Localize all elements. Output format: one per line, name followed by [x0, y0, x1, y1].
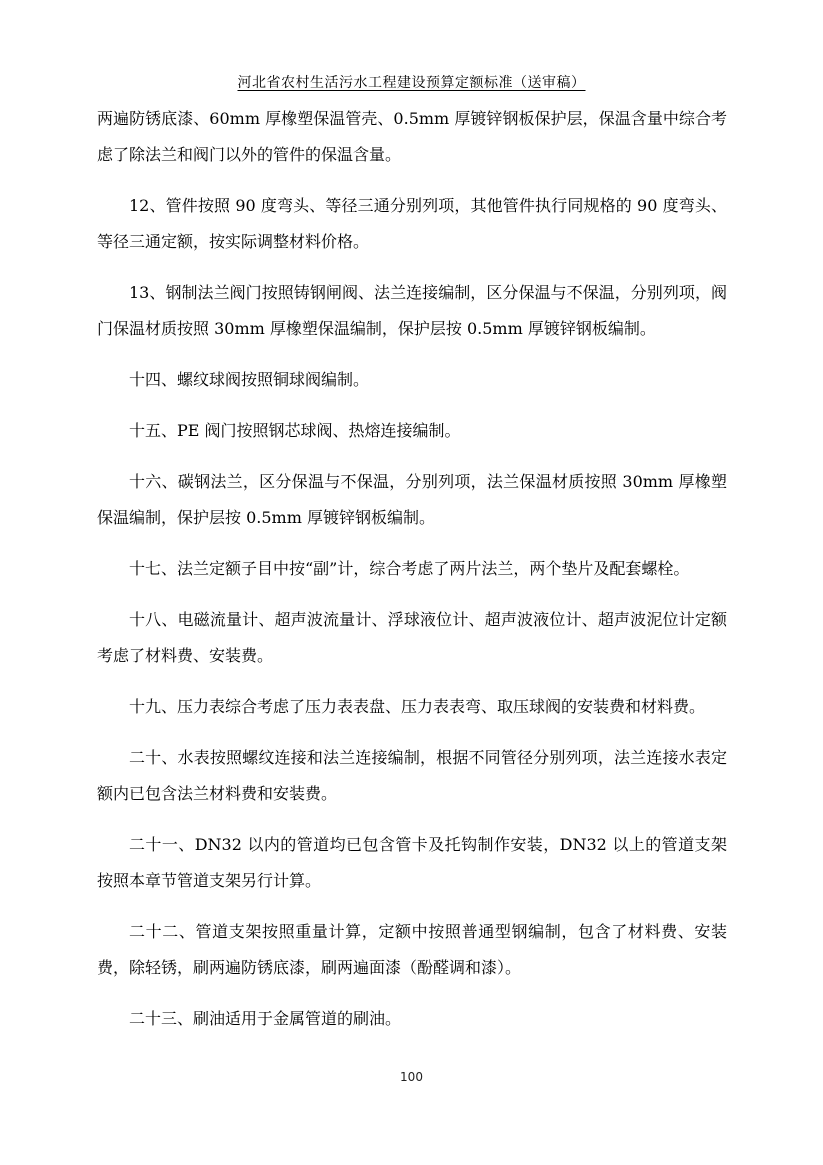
paragraph-item-21: 二十一、DN32 以内的管道均已包含管卡及托钩制作安装，DN32 以上的管道支架… [97, 827, 727, 899]
paragraph-continuation: 两遍防锈底漆、60mm 厚橡塑保温管壳、0.5mm 厚镀锌钢板保护层，保温含量中… [97, 101, 727, 173]
document-page: 河北省农村生活污水工程建设预算定额标准（送审稿） 两遍防锈底漆、60mm 厚橡塑… [0, 0, 823, 1165]
paragraph-item-14: 十四、螺纹球阀按照铜球阀编制。 [97, 362, 727, 398]
document-body: 两遍防锈底漆、60mm 厚橡塑保温管壳、0.5mm 厚镀锌钢板保护层，保温含量中… [97, 101, 727, 1037]
paragraph-item-17: 十七、法兰定额子目中按“副”计，综合考虑了两片法兰，两个垫片及配套螺栓。 [97, 551, 727, 587]
paragraph-item-20: 二十、水表按照螺纹连接和法兰连接编制，根据不同管径分别列项，法兰连接水表定额内已… [97, 740, 727, 812]
paragraph-item-19: 十九、压力表综合考虑了压力表表盘、压力表表弯、取压球阀的安装费和材料费。 [97, 689, 727, 725]
document-title: 河北省农村生活污水工程建设预算定额标准（送审稿） [238, 75, 586, 91]
paragraph-item-23: 二十三、刷油适用于金属管道的刷油。 [97, 1001, 727, 1037]
paragraph-item-18: 十八、电磁流量计、超声波流量计、浮球液位计、超声波液位计、超声波泥位计定额考虑了… [97, 602, 727, 674]
paragraph-item-13: 13、钢制法兰阀门按照铸钢闸阀、法兰连接编制，区分保温与不保温，分别列项，阀门保… [97, 275, 727, 347]
page-header: 河北省农村生活污水工程建设预算定额标准（送审稿） [0, 72, 823, 92]
paragraph-item-16: 十六、碳钢法兰，区分保温与不保温，分别列项，法兰保温材质按照 30mm 厚橡塑保… [97, 464, 727, 536]
page-footer: 100 [0, 1066, 823, 1085]
paragraph-item-22: 二十二、管道支架按照重量计算，定额中按照普通型钢编制，包含了材料费、安装费，除轻… [97, 914, 727, 986]
paragraph-item-15: 十五、PE 阀门按照钢芯球阀、热熔连接编制。 [97, 413, 727, 449]
page-number: 100 [400, 1070, 423, 1084]
paragraph-item-12: 12、管件按照 90 度弯头、等径三通分别列项，其他管件执行同规格的 90 度弯… [97, 188, 727, 260]
